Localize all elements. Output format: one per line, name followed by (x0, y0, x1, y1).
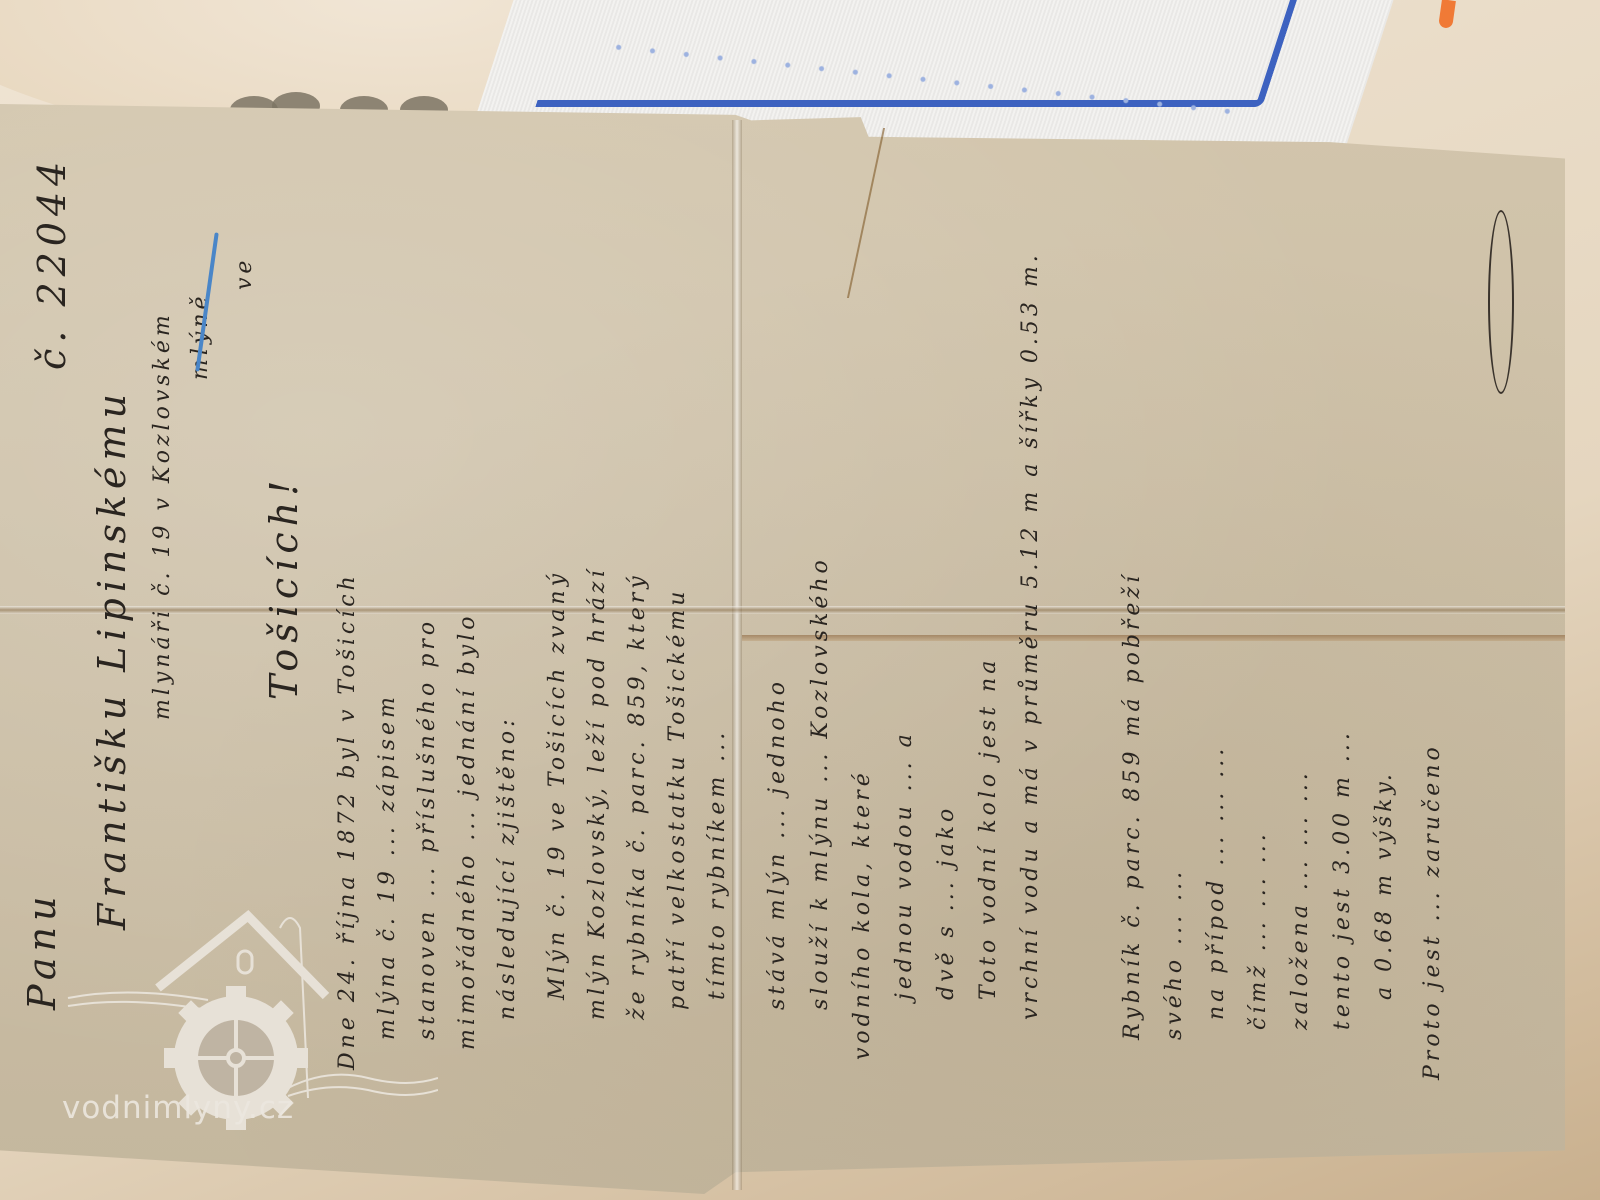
paper-fold-horizontal-right (742, 635, 1565, 641)
addressee-line: ve (232, 257, 257, 290)
paragraph-4-line: založena ... ... ... (1288, 769, 1313, 1030)
paragraph-4-line: svého ... ... (1162, 868, 1187, 1040)
paragraph-2-line: tímto rybníkem ... (705, 729, 730, 1000)
paragraph-2-line: mlýn Kozlovský, leží pod hrází (585, 566, 610, 1020)
place-line: Tošicích! (262, 475, 306, 700)
paragraph-4-line: na přípod ... ... ... (1204, 745, 1229, 1020)
paper-fold-horizontal (0, 606, 1565, 614)
paragraph-2-line: že rybníka č. parc. 859, který (625, 572, 650, 1020)
paragraph-3-line: slouží k mlýnu ... Kozlovského (808, 556, 833, 1010)
paragraph-3-line: Toto vodní kolo jest na (976, 657, 1001, 1000)
paragraph-4-line: čímž ... ... ... (1246, 830, 1271, 1030)
paragraph-3-line: dvě s ... jako (934, 805, 959, 1000)
signature-flourish (1488, 210, 1514, 394)
addressee-line: Františku Lipinskému (90, 388, 134, 930)
paragraph-3-line: jednou vodou ... a (892, 730, 917, 1000)
paragraph-2-line: Mlýn č. 19 ve Tošicích zvaný (545, 570, 570, 1000)
addressee-line: mlynáři č. 19 v Kozlovském (150, 311, 175, 720)
paragraph-4-line: tento jest 3.00 m ... (1330, 729, 1355, 1030)
paragraph-4-line: Proto jest ... zaručeno (1420, 743, 1445, 1080)
paragraph-4-line: a 0.68 m výšky. (1372, 770, 1397, 1000)
paragraph-2-line: patří velkostatku Tošickému (665, 588, 690, 1010)
paragraph-3-line: vodního kola, které (850, 769, 875, 1060)
paragraph-1-line: následující zjištěno: (495, 715, 520, 1020)
paper-fold-vertical (732, 120, 742, 1190)
paragraph-1-line: mimořádného ... jednání bylo (455, 613, 480, 1051)
paragraph-3-line: vrchní vodu a má v průměru 5.12 m a šířk… (1018, 251, 1043, 1020)
watermark-text: vodnimlyny.cz (62, 1090, 294, 1126)
paragraph-3-line: stává mlýn ... jednoho (765, 678, 790, 1010)
reference-number: č. 22044 (30, 156, 74, 370)
paragraph-4-line: Rybník č. parc. 859 má pobřeží (1120, 572, 1145, 1040)
